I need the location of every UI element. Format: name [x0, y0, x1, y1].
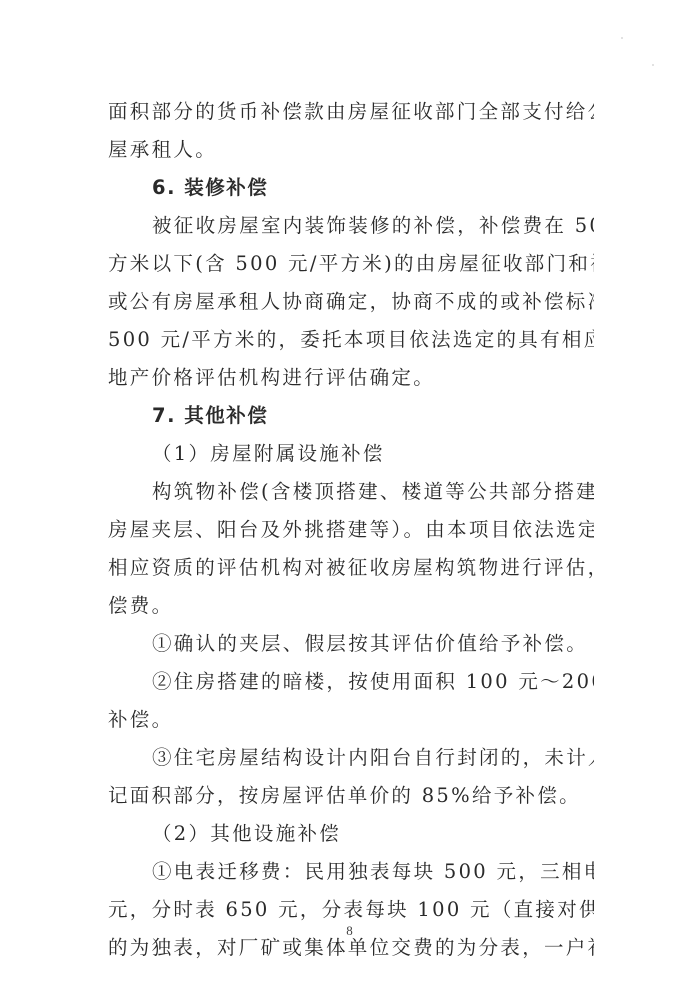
body-text-line: 或公有房屋承租人协商确定，协商不成的或补偿标准超过 [108, 283, 594, 321]
page-number: 8 [0, 923, 699, 939]
subsection-heading-ancillary-facilities: （1）房屋附属设施补偿 [108, 435, 594, 473]
section-heading-other-compensation: 7. 其他补偿 [108, 397, 594, 435]
body-text-line: 方米以下(含 500 元/平方米)的由房屋征收部门和被征收人 [108, 245, 594, 283]
body-text-line: 屋承租人。 [108, 131, 594, 169]
list-item-circled-3: ③住宅房屋结构设计内阳台自行封闭的，未计入房屋登 [108, 739, 594, 777]
body-text-line: 地产价格评估机构进行评估确定。 [108, 359, 594, 397]
list-item-electric-meter: ①电表迁移费：民用独表每块 500 元，三相电表每块 980 [108, 853, 594, 891]
scan-speck [652, 64, 654, 66]
body-text-line: 500 元/平方米的，委托本项目依法选定的具有相应资质的房 [108, 321, 594, 359]
body-text-line: 面积部分的货币补偿款由房屋征收部门全部支付给公有房 [108, 93, 594, 131]
body-text-line: 记面积部分，按房屋评估单价的 85%给予补偿。 [108, 777, 594, 815]
subsection-heading-other-facilities: （2）其他设施补偿 [108, 815, 594, 853]
body-text-line: 补偿。 [108, 701, 594, 739]
body-text-line: 相应资质的评估机构对被征收房屋构筑物进行评估，确定补 [108, 549, 594, 587]
list-item-circled-1: ①确认的夹层、假层按其评估价值给予补偿。 [108, 625, 594, 663]
body-text-line: 偿费。 [108, 587, 594, 625]
list-item-circled-2: ②住房搭建的暗楼，按使用面积 100 元～200 元/平方米 [108, 663, 594, 701]
body-text-line: 被征收房屋室内装饰装修的补偿，补偿费在 500 元/平 [108, 207, 594, 245]
section-heading-decoration-compensation: 6. 装修补偿 [108, 169, 594, 207]
body-text-line: 构筑物补偿(含楼顶搭建、楼道等公共部分搭建、暗楼、 [108, 473, 594, 511]
document-page-body: 面积部分的货币补偿款由房屋征收部门全部支付给公有房 屋承租人。 6. 装修补偿 … [108, 93, 594, 967]
body-text-line: 房屋夹层、阳台及外挑搭建等）。由本项目依法选定的具有 [108, 511, 594, 549]
scan-speck [621, 37, 623, 39]
